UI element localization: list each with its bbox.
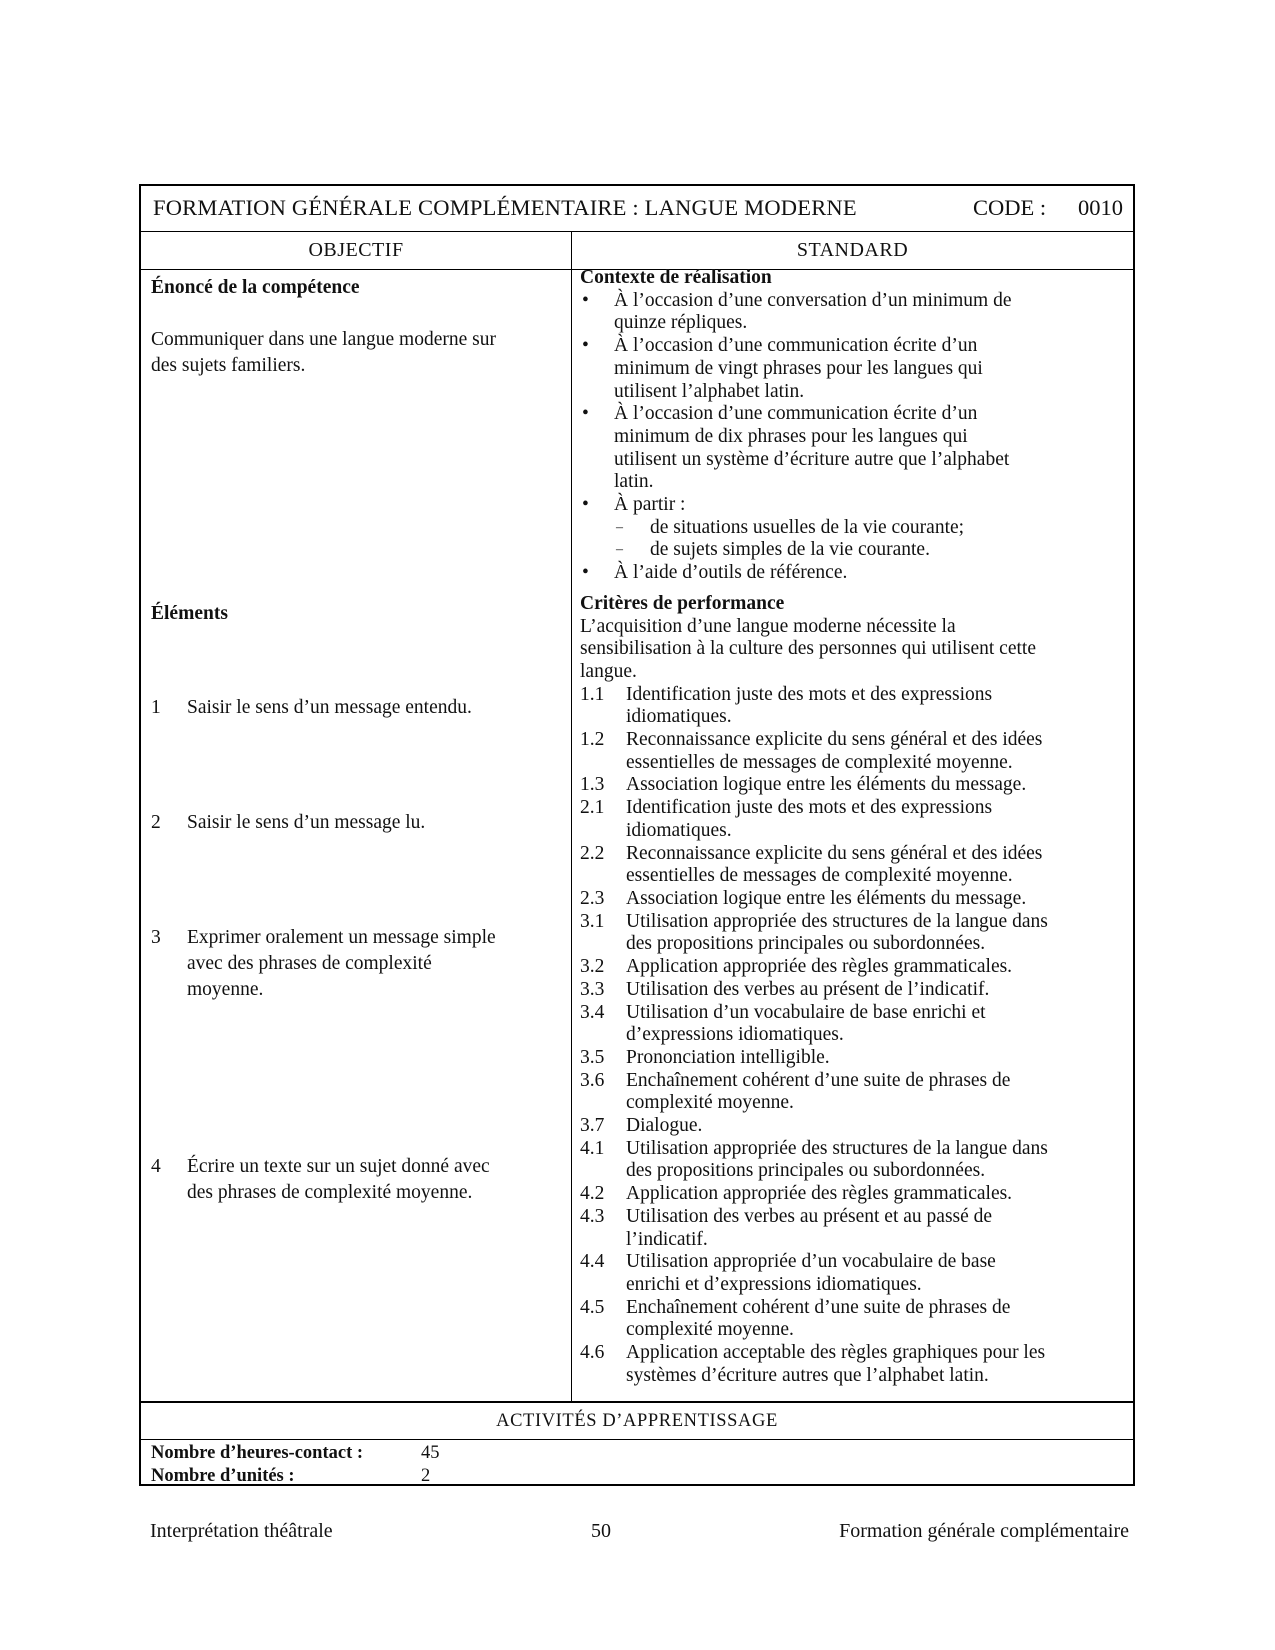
critere-line: Association logique entre les éléments d… xyxy=(626,888,1130,911)
column-divider xyxy=(571,269,572,1401)
critere-item: 4.3Utilisation des verbes au présent et … xyxy=(580,1206,1130,1251)
critere-line: Utilisation appropriée d’un vocabulaire … xyxy=(626,1251,1130,1274)
contexte-bullet: •À l’occasion d’une conversation d’un mi… xyxy=(580,290,1130,335)
critere-line: Identification juste des mots et des exp… xyxy=(626,684,1130,707)
element-line: moyenne. xyxy=(187,977,557,1003)
critere-line: Utilisation des verbes au présent et au … xyxy=(626,1206,1130,1229)
critere-line: essentielles de messages de complexité m… xyxy=(626,865,1130,888)
contexte-line: minimum de vingt phrases pour les langue… xyxy=(614,358,1130,381)
contexte-bullet: •À l’aide d’outils de référence. xyxy=(580,562,1130,585)
critere-item: 4.4Utilisation appropriée d’un vocabulai… xyxy=(580,1251,1130,1296)
critere-item: 3.6Enchaînement cohérent d’une suite de … xyxy=(580,1070,1130,1115)
critere-number: 3.4 xyxy=(580,1002,604,1025)
critere-line: systèmes d’écriture autres que l’alphabe… xyxy=(626,1365,1130,1388)
critere-line: Dialogue. xyxy=(626,1115,1130,1138)
critere-item: 1.2Reconnaissance explicite du sens géné… xyxy=(580,729,1130,774)
page-number: 50 xyxy=(591,1520,611,1543)
critere-item: 3.4Utilisation d’un vocabulaire de base … xyxy=(580,1002,1130,1047)
critere-line: des propositions principales ou subordon… xyxy=(626,1160,1130,1183)
contexte-line: latin. xyxy=(614,471,1130,494)
critere-item: 1.1Identification juste des mots et des … xyxy=(580,684,1130,729)
element-line: avec des phrases de complexité xyxy=(187,951,557,977)
element-line: Écrire un texte sur un sujet donné avec xyxy=(187,1154,557,1180)
critere-line: Reconnaissance explicite du sens général… xyxy=(626,729,1130,752)
critere-number: 3.5 xyxy=(580,1047,604,1070)
contexte-bullet: •À l’occasion d’une communication écrite… xyxy=(580,403,1130,494)
contexte-line: minimum de dix phrases pour les langues … xyxy=(614,426,1130,449)
critere-number: 1.3 xyxy=(580,774,604,797)
critere-number: 4.2 xyxy=(580,1183,604,1206)
critere-line: essentielles de messages de complexité m… xyxy=(626,752,1130,775)
critere-line: Application appropriée des règles gramma… xyxy=(626,1183,1130,1206)
contexte-line: À l’occasion d’une conversation d’un min… xyxy=(614,290,1130,313)
table-title: FORMATION GÉNÉRALE COMPLÉMENTAIRE : LANG… xyxy=(153,195,857,221)
critere-number: 4.4 xyxy=(580,1251,604,1274)
element-text: Exprimer oralement un message simpleavec… xyxy=(187,925,557,1003)
critere-line: Application acceptable des règles graphi… xyxy=(626,1342,1130,1365)
column-header-objectif: OBJECTIF xyxy=(141,231,572,270)
contexte-bullet: •À l’occasion d’une communication écrite… xyxy=(580,335,1130,403)
element-text: Saisir le sens d’un message entendu. xyxy=(187,695,557,721)
contexte-line: de sujets simples de la vie courante. xyxy=(650,539,1130,562)
critere-number: 3.3 xyxy=(580,979,604,1002)
bullet-icon: • xyxy=(582,494,589,517)
critere-item: 4.2Application appropriée des règles gra… xyxy=(580,1183,1130,1206)
enonce-line: Communiquer dans une langue moderne sur xyxy=(151,327,496,353)
contexte-subitem: –de sujets simples de la vie courante. xyxy=(580,539,1130,562)
dash-icon: – xyxy=(616,517,623,540)
critere-line: enrichi et d’expressions idiomatiques. xyxy=(626,1274,1130,1297)
critere-line: l’indicatif. xyxy=(626,1229,1130,1252)
critere-item: 3.3Utilisation des verbes au présent de … xyxy=(580,979,1130,1002)
contexte-line: quinze répliques. xyxy=(614,312,1130,335)
criteres-heading: Critères de performance xyxy=(580,593,1130,616)
critere-line: Reconnaissance explicite du sens général… xyxy=(626,843,1130,866)
critere-number: 4.6 xyxy=(580,1342,604,1365)
code-label: CODE : xyxy=(973,195,1046,221)
critere-line: Enchaînement cohérent d’une suite de phr… xyxy=(626,1070,1130,1093)
contexte-bullet: •À partir : xyxy=(580,494,1130,517)
critere-item: 4.1Utilisation appropriée des structures… xyxy=(580,1138,1130,1183)
contexte-heading: Contexte de réalisation xyxy=(580,267,1130,290)
contexte-line: utilisent un système d’écriture autre qu… xyxy=(614,449,1130,472)
critere-line: complexité moyenne. xyxy=(626,1319,1130,1342)
element-text: Écrire un texte sur un sujet donné avecd… xyxy=(187,1154,557,1206)
contexte-line: À partir : xyxy=(614,494,1130,517)
critere-line: d’expressions idiomatiques. xyxy=(626,1024,1130,1047)
element-line: des phrases de complexité moyenne. xyxy=(187,1180,557,1206)
criteres-intro-line: sensibilisation à la culture des personn… xyxy=(580,638,1130,661)
bullet-icon: • xyxy=(582,562,589,585)
critere-number: 3.1 xyxy=(580,911,604,934)
critere-item: 2.1Identification juste des mots et des … xyxy=(580,797,1130,842)
criteres-intro-line: langue. xyxy=(580,661,1130,684)
critere-item: 3.7Dialogue. xyxy=(580,1115,1130,1138)
critere-line: Utilisation appropriée des structures de… xyxy=(626,911,1130,934)
critere-line: Utilisation appropriée des structures de… xyxy=(626,1138,1130,1161)
contexte-line: À l’occasion d’une communication écrite … xyxy=(614,403,1130,426)
dash-icon: – xyxy=(616,539,623,562)
critere-number: 2.1 xyxy=(580,797,604,820)
critere-item: 1.3Association logique entre les élément… xyxy=(580,774,1130,797)
footer-right: Formation générale complémentaire xyxy=(839,1520,1129,1543)
enonce-heading: Énoncé de la compétence xyxy=(151,275,360,301)
standard-flow: Contexte de réalisation•À l’occasion d’u… xyxy=(580,267,1130,1387)
contexte-line: À l’aide d’outils de référence. xyxy=(614,562,1130,585)
element-line: Saisir le sens d’un message lu. xyxy=(187,810,557,836)
code-value: 0010 xyxy=(1078,195,1123,221)
contexte-line: utilisent l’alphabet latin. xyxy=(614,381,1130,404)
critere-number: 3.7 xyxy=(580,1115,604,1138)
activites-heading: ACTIVITÉS D’APPRENTISSAGE xyxy=(141,1403,1133,1439)
element-line: Exprimer oralement un message simple xyxy=(187,925,557,951)
enonce-line: des sujets familiers. xyxy=(151,353,496,379)
hours-value: 45 xyxy=(421,1443,440,1463)
critere-line: Prononciation intelligible. xyxy=(626,1047,1130,1070)
competency-table: FORMATION GÉNÉRALE COMPLÉMENTAIRE : LANG… xyxy=(139,184,1135,1486)
contexte-line: À l’occasion d’une communication écrite … xyxy=(614,335,1130,358)
critere-number: 1.2 xyxy=(580,729,604,752)
column-header-standard: STANDARD xyxy=(572,231,1133,270)
critere-number: 3.2 xyxy=(580,956,604,979)
element-line: Saisir le sens d’un message entendu. xyxy=(187,695,557,721)
critere-item: 3.2Application appropriée des règles gra… xyxy=(580,956,1130,979)
critere-line: Enchaînement cohérent d’une suite de phr… xyxy=(626,1297,1130,1320)
critere-number: 3.6 xyxy=(580,1070,604,1093)
contexte-line: de situations usuelles de la vie courant… xyxy=(650,517,1130,540)
units-value: 2 xyxy=(421,1466,430,1486)
document-page: FORMATION GÉNÉRALE COMPLÉMENTAIRE : LANG… xyxy=(0,0,1275,1650)
critere-number: 1.1 xyxy=(580,684,604,707)
critere-item: 3.1Utilisation appropriée des structures… xyxy=(580,911,1130,956)
critere-line: des propositions principales ou subordon… xyxy=(626,933,1130,956)
section-divider xyxy=(141,1439,1133,1440)
element-number: 1 xyxy=(151,695,161,721)
units-label: Nombre d’unités : xyxy=(151,1465,421,1488)
element-number: 2 xyxy=(151,810,161,836)
hours-label: Nombre d’heures-contact : xyxy=(151,1442,421,1465)
element-text: Saisir le sens d’un message lu. xyxy=(187,810,557,836)
critere-number: 4.3 xyxy=(580,1206,604,1229)
critere-item: 4.5Enchaînement cohérent d’une suite de … xyxy=(580,1297,1130,1342)
critere-number: 2.3 xyxy=(580,888,604,911)
critere-number: 4.5 xyxy=(580,1297,604,1320)
critere-number: 2.2 xyxy=(580,843,604,866)
critere-line: Utilisation d’un vocabulaire de base enr… xyxy=(626,1002,1130,1025)
elements-heading: Éléments xyxy=(151,601,228,627)
footer-left: Interprétation théâtrale xyxy=(150,1520,333,1543)
table-title-row: FORMATION GÉNÉRALE COMPLÉMENTAIRE : LANG… xyxy=(141,186,1133,232)
element-number: 4 xyxy=(151,1154,161,1180)
critere-item: 4.6Application acceptable des règles gra… xyxy=(580,1342,1130,1387)
critere-line: complexité moyenne. xyxy=(626,1092,1130,1115)
bullet-icon: • xyxy=(582,403,589,426)
critere-line: Utilisation des verbes au présent de l’i… xyxy=(626,979,1130,1002)
critere-line: Identification juste des mots et des exp… xyxy=(626,797,1130,820)
hours-block: Nombre d’heures-contact :45 Nombre d’uni… xyxy=(151,1442,440,1488)
standard-column: Contexte de réalisation•À l’occasion d’u… xyxy=(580,269,1130,1387)
critere-line: Association logique entre les éléments d… xyxy=(626,774,1130,797)
criteres-intro-line: L’acquisition d’une langue moderne néces… xyxy=(580,616,1130,639)
critere-line: idiomatiques. xyxy=(626,706,1130,729)
contexte-subitem: –de situations usuelles de la vie couran… xyxy=(580,517,1130,540)
bullet-icon: • xyxy=(582,290,589,313)
critere-item: 2.2Reconnaissance explicite du sens géné… xyxy=(580,843,1130,888)
critere-line: Application appropriée des règles gramma… xyxy=(626,956,1130,979)
critere-item: 3.5Prononciation intelligible. xyxy=(580,1047,1130,1070)
element-number: 3 xyxy=(151,925,161,951)
critere-number: 4.1 xyxy=(580,1138,604,1161)
enonce-text: Communiquer dans une langue moderne sur … xyxy=(151,327,496,379)
critere-line: idiomatiques. xyxy=(626,820,1130,843)
critere-item: 2.3Association logique entre les élément… xyxy=(580,888,1130,911)
bullet-icon: • xyxy=(582,335,589,358)
